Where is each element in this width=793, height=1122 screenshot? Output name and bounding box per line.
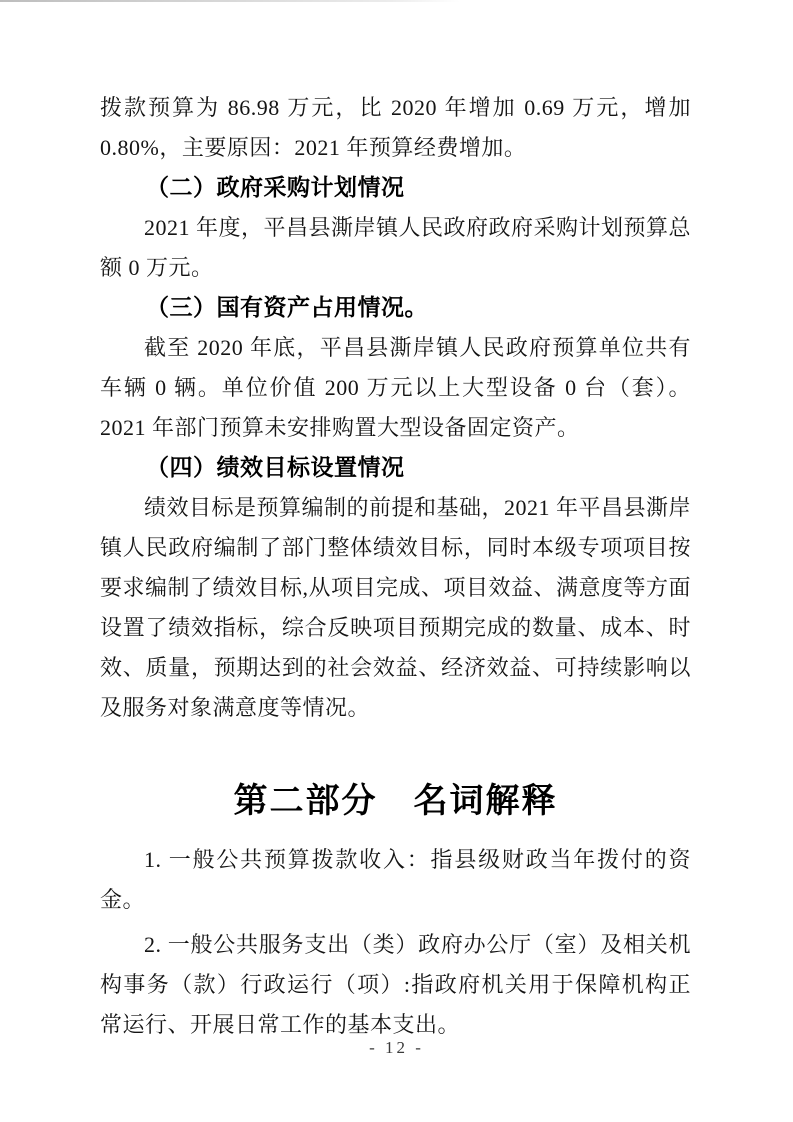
- paragraph-term-2: 2. 一般公共服务支出（类）政府办公厅（室）及相关机构事务（款）行政运行（项）:…: [100, 925, 691, 1045]
- paragraph-procurement-plan: 2021 年度，平昌县澌岸镇人民政府政府采购计划预算总额 0 万元。: [100, 208, 691, 288]
- section-heading-state-assets: （三）国有资产占用情况。: [100, 288, 691, 328]
- paragraph-term-1: 1. 一般公共预算拨款收入：指县级财政当年拨付的资金。: [100, 840, 691, 920]
- section-heading-procurement-plan: （二）政府采购计划情况: [100, 168, 691, 208]
- scan-artifact-line: [0, 0, 460, 2]
- document-page: 拨款预算为 86.98 万元，比 2020 年增加 0.69 万元，增加 0.8…: [0, 0, 793, 1122]
- paragraph-performance-targets: 绩效目标是预算编制的前提和基础，2021 年平昌县澌岸镇人民政府编制了部门整体绩…: [100, 488, 691, 728]
- part-title-glossary: 第二部分 名词解释: [100, 776, 691, 826]
- document-content: 拨款预算为 86.98 万元，比 2020 年增加 0.69 万元，增加 0.8…: [0, 0, 793, 1045]
- section-heading-performance-targets: （四）绩效目标设置情况: [100, 448, 691, 488]
- paragraph-state-assets: 截至 2020 年底，平昌县澌岸镇人民政府预算单位共有车辆 0 辆。单位价值 2…: [100, 328, 691, 448]
- page-number: - 12 -: [0, 1038, 793, 1058]
- paragraph-budget-appropriation: 拨款预算为 86.98 万元，比 2020 年增加 0.69 万元，增加 0.8…: [100, 88, 691, 168]
